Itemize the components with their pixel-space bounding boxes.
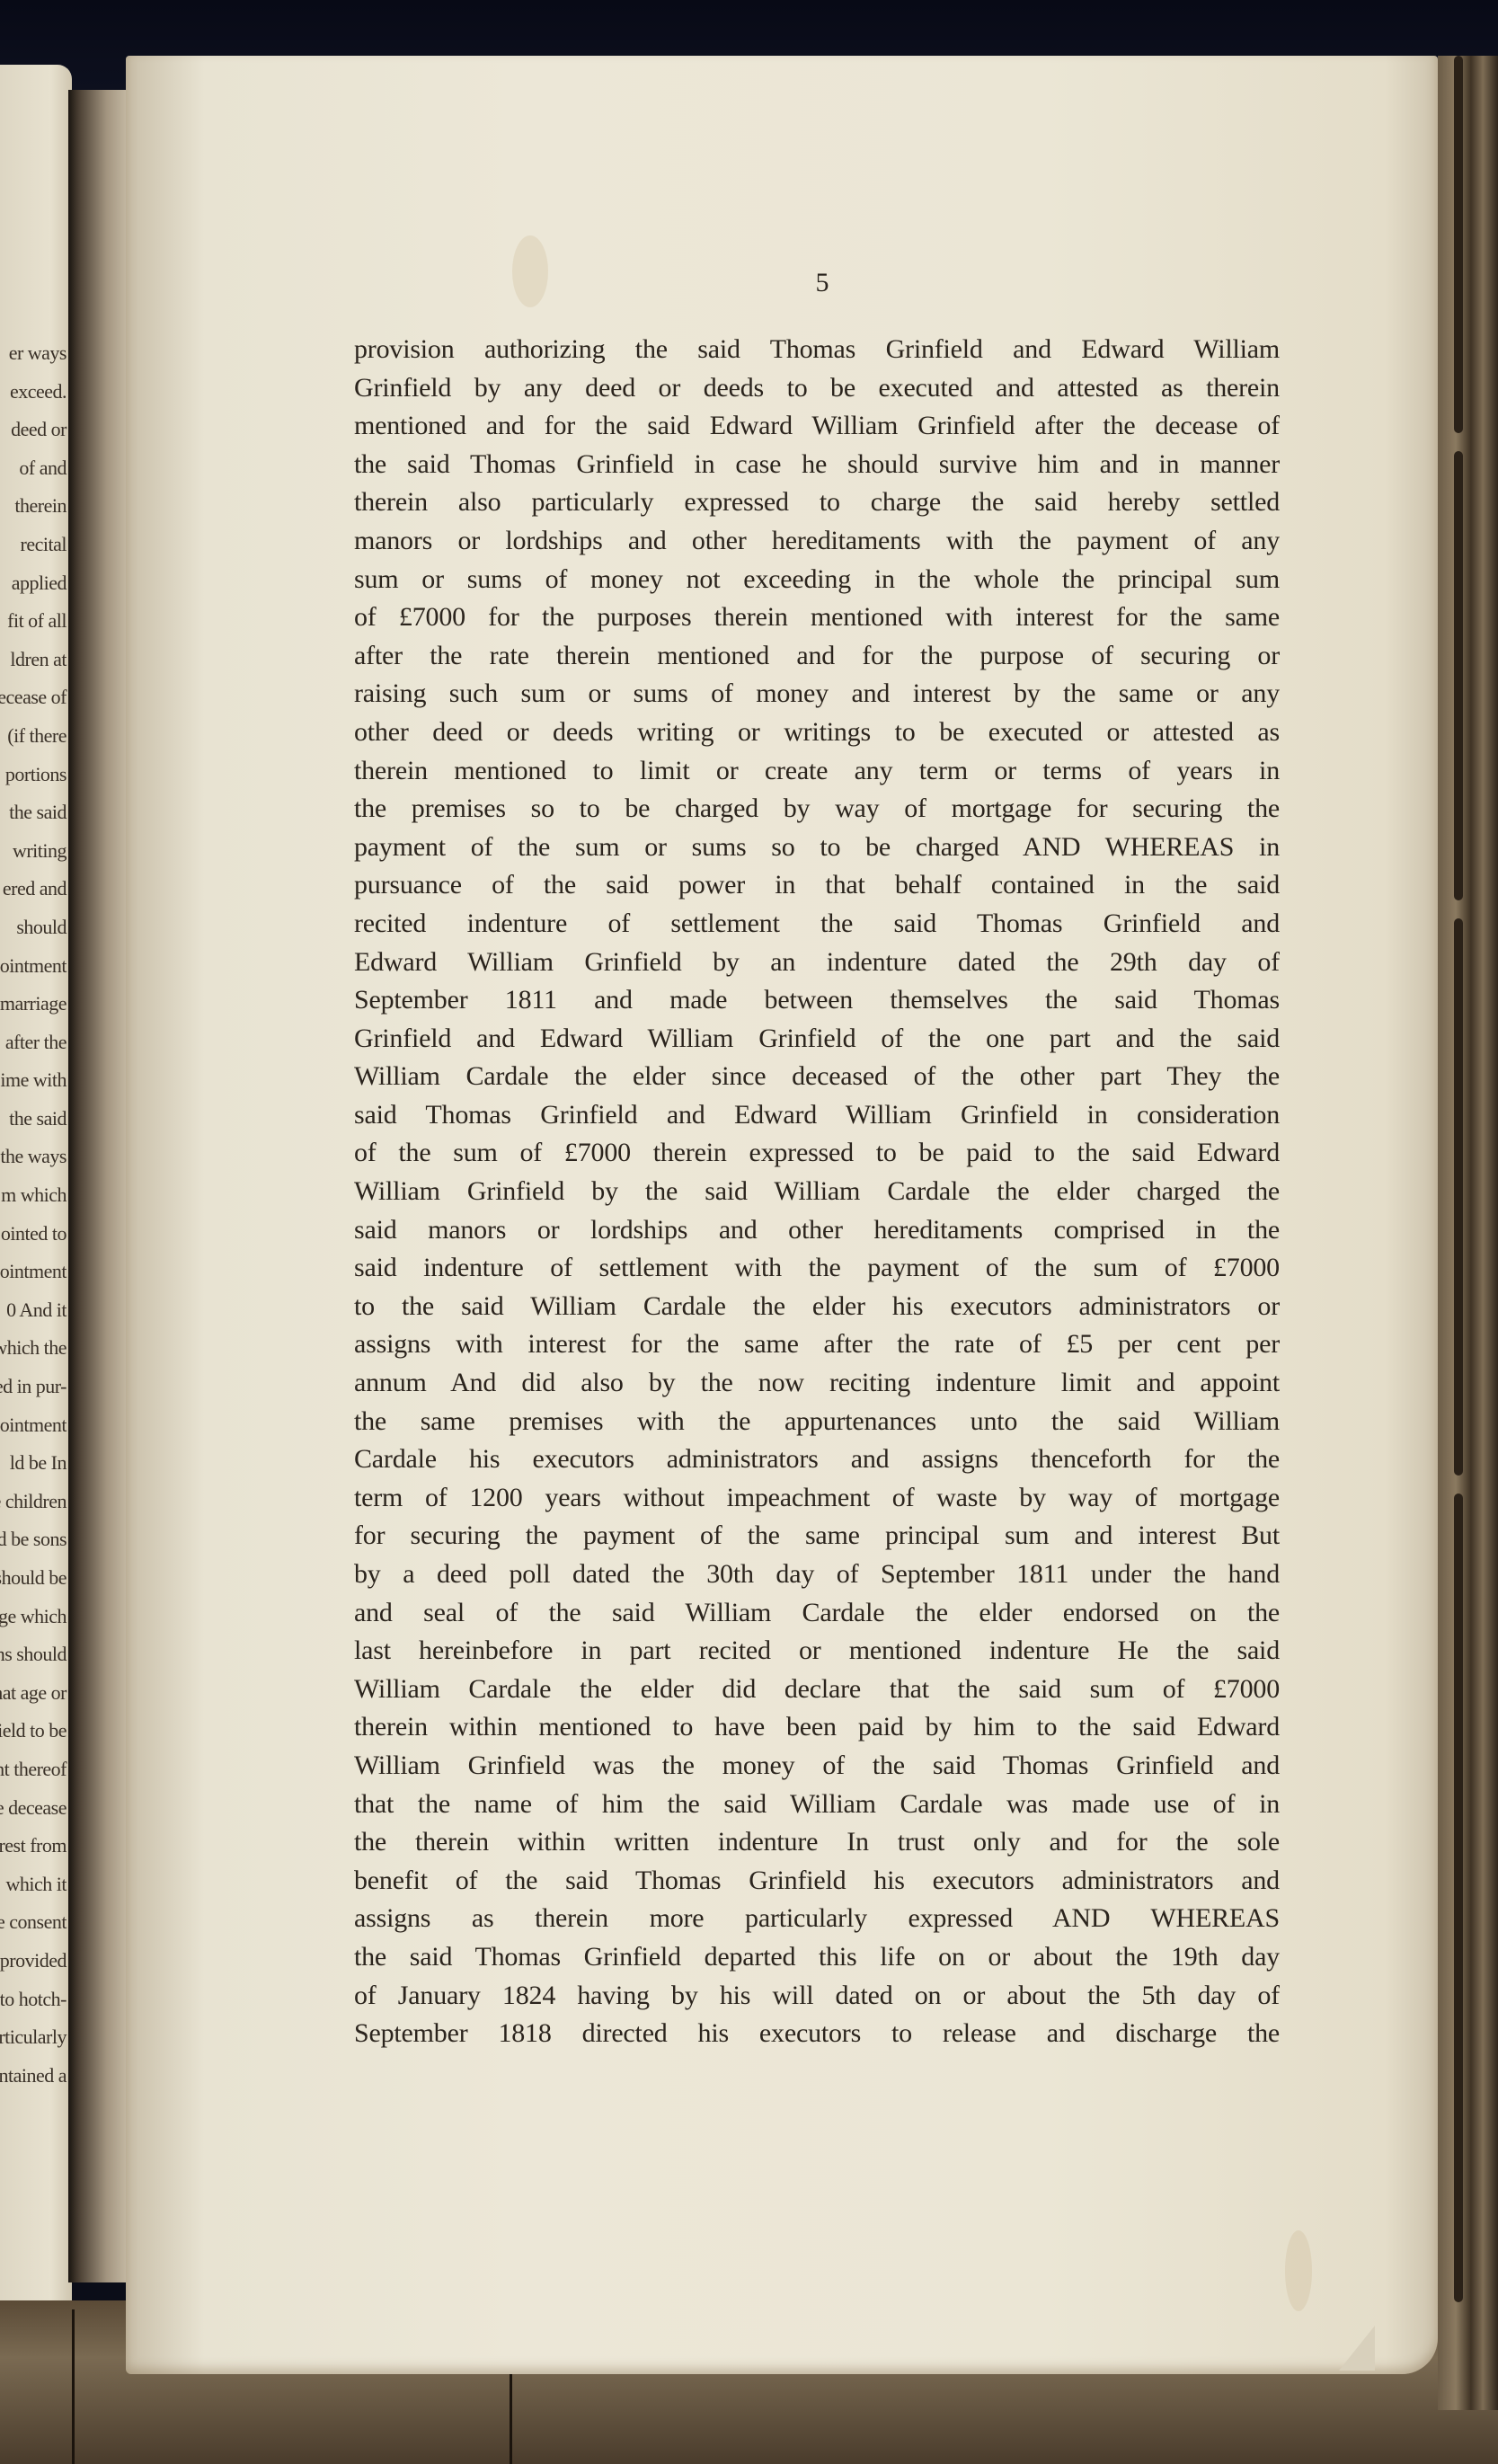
previous-page-line: ime with [0, 1061, 66, 1100]
binding-fold [1454, 918, 1463, 1476]
previous-page: er ways exceed. deed or of and therein r… [0, 65, 72, 2356]
previous-page-line: the ways [0, 1138, 66, 1176]
previous-page-line: ointment [0, 947, 66, 986]
text-line: assigns with interest for the same after… [354, 1325, 1280, 1364]
text-line: therein within mentioned to have been pa… [354, 1708, 1280, 1747]
folded-corner [1339, 2326, 1375, 2371]
text-line: raising such sum or sums of money and in… [354, 675, 1280, 713]
text-line: William Cardale the elder since deceased… [354, 1058, 1280, 1096]
previous-page-line: re provided [0, 1942, 66, 1981]
text-line: the same premises with the appurtenances… [354, 1403, 1280, 1441]
text-line: to the said William Cardale the elder hi… [354, 1288, 1280, 1326]
text-line: last hereinbefore in part recited or men… [354, 1632, 1280, 1671]
text-line: of £7000 for the purposes therein mentio… [354, 598, 1280, 637]
text-line: provision authorizing the said Thomas Gr… [354, 331, 1280, 369]
page-number: 5 [804, 268, 840, 298]
previous-page-line: er ways [0, 334, 66, 373]
text-line: payment of the sum or sums so to be char… [354, 829, 1280, 867]
text-line: therein also particularly expressed to c… [354, 483, 1280, 522]
previous-page-line: m which [0, 1176, 66, 1215]
previous-page-line: which it [0, 1866, 66, 1904]
previous-page-line: articularly [0, 2018, 66, 2057]
previous-page-line: ered and [0, 870, 66, 908]
previous-page-line: ns should [0, 1635, 66, 1674]
text-line: annum And did also by the now reciting i… [354, 1364, 1280, 1403]
text-line: other deed or deeds writing or writings … [354, 713, 1280, 752]
previous-page-line: ld be In [0, 1444, 66, 1483]
binding-crack [72, 2309, 75, 2464]
text-line: Grinfield by any deed or deeds to be exe… [354, 369, 1280, 408]
previous-page-line: e children [0, 1483, 66, 1521]
previous-page-line: ointed to [0, 1215, 66, 1254]
previous-page-line: writing [0, 832, 66, 871]
binding-fold [1454, 1493, 1463, 2302]
previous-page-line: which the [0, 1329, 66, 1368]
previous-page-line: erest from [0, 1827, 66, 1866]
text-line: by a deed poll dated the 30th day of Sep… [354, 1556, 1280, 1594]
previous-page-line: the said [0, 1100, 66, 1139]
previous-page-line: the said [0, 793, 66, 832]
previous-page-line: he decease [0, 1789, 66, 1828]
text-line: Grinfield and Edward William Grinfield o… [354, 1020, 1280, 1059]
text-line: William Grinfield by the said William Ca… [354, 1173, 1280, 1211]
previous-page-line: ldren at [0, 641, 66, 679]
previous-page-line: ed in pur- [0, 1368, 66, 1406]
previous-page-line: should be [0, 1559, 66, 1598]
text-line: of January 1824 having by his will dated… [354, 1977, 1280, 2016]
text-line: said indenture of settlement with the pa… [354, 1249, 1280, 1288]
text-line: the premises so to be charged by way of … [354, 790, 1280, 829]
text-line: the said Thomas Grinfield in case he sho… [354, 446, 1280, 484]
previous-page-line: applied [0, 564, 66, 603]
binding-fold [1454, 56, 1463, 433]
page-body-text: provision authorizing the said Thomas Gr… [354, 331, 1280, 2053]
text-line: sum or sums of money not exceeding in th… [354, 561, 1280, 599]
text-line: manors or lordships and other hereditame… [354, 522, 1280, 561]
paper-stain [512, 235, 548, 307]
previous-page-line: 0 And it [0, 1291, 66, 1330]
text-line: William Grinfield was the money of the s… [354, 1747, 1280, 1786]
text-line: the therein within written indenture In … [354, 1823, 1280, 1862]
previous-page-line: nt thereof [0, 1751, 66, 1789]
text-line: that the name of him the said William Ca… [354, 1786, 1280, 1824]
text-line: and seal of the said William Cardale the… [354, 1594, 1280, 1633]
text-line: recited indenture of settlement the said… [354, 905, 1280, 944]
previous-page-line: hat age or [0, 1674, 66, 1713]
text-line: mentioned and for the said Edward Willia… [354, 407, 1280, 446]
text-line: pursuance of the said power in that beha… [354, 866, 1280, 905]
book-binding-right-edge [1438, 56, 1498, 2410]
binding-fold [1454, 451, 1463, 900]
text-line: the said Thomas Grinfield departed this … [354, 1938, 1280, 1977]
text-line: after the rate therein mentioned and for… [354, 637, 1280, 676]
previous-page-line: recital [0, 526, 66, 564]
text-line: said Thomas Grinfield and Edward William… [354, 1096, 1280, 1135]
previous-page-line: deed or [0, 411, 66, 449]
previous-page-line: exceed. [0, 373, 66, 412]
text-line: of the sum of £7000 therein expressed to… [354, 1134, 1280, 1173]
text-line: September 1818 directed his executors to… [354, 2015, 1280, 2053]
previous-page-text: er ways exceed. deed or of and therein r… [0, 334, 66, 2095]
previous-page-line: into hotch- [0, 1981, 66, 2019]
text-line: September 1811 and made between themselv… [354, 981, 1280, 1020]
previous-page-line: contained a [0, 2057, 66, 2096]
previous-page-line: (if there [0, 717, 66, 756]
paper-stain [1285, 2230, 1312, 2311]
text-line: for securing the payment of the same pri… [354, 1517, 1280, 1556]
previous-page-line: marriage [0, 985, 66, 1024]
text-line: said manors or lordships and other hered… [354, 1211, 1280, 1250]
previous-page-line: ointment [0, 1253, 66, 1291]
previous-page-line: he consent [0, 1903, 66, 1942]
previous-page-line: portions [0, 756, 66, 794]
previous-page-line: field to be [0, 1712, 66, 1751]
text-line: William Cardale the elder did declare th… [354, 1671, 1280, 1709]
text-line: assigns as therein more particularly exp… [354, 1900, 1280, 1938]
previous-page-line: ointment [0, 1406, 66, 1445]
text-line: Edward William Grinfield by an indenture… [354, 944, 1280, 982]
text-line: Cardale his executors administrators and… [354, 1440, 1280, 1479]
text-line: therein mentioned to limit or create any… [354, 752, 1280, 791]
previous-page-line: ge which [0, 1598, 66, 1636]
previous-page-line: ecease of [0, 678, 66, 717]
previous-page-line: ld be sons [0, 1520, 66, 1559]
previous-page-line: should [0, 908, 66, 947]
previous-page-line: therein [0, 487, 66, 526]
previous-page-line: after the [0, 1024, 66, 1062]
text-line: term of 1200 years without impeachment o… [354, 1479, 1280, 1518]
previous-page-line: of and [0, 449, 66, 488]
text-line: benefit of the said Thomas Grinfield his… [354, 1862, 1280, 1901]
previous-page-line: fit of all [0, 602, 66, 641]
